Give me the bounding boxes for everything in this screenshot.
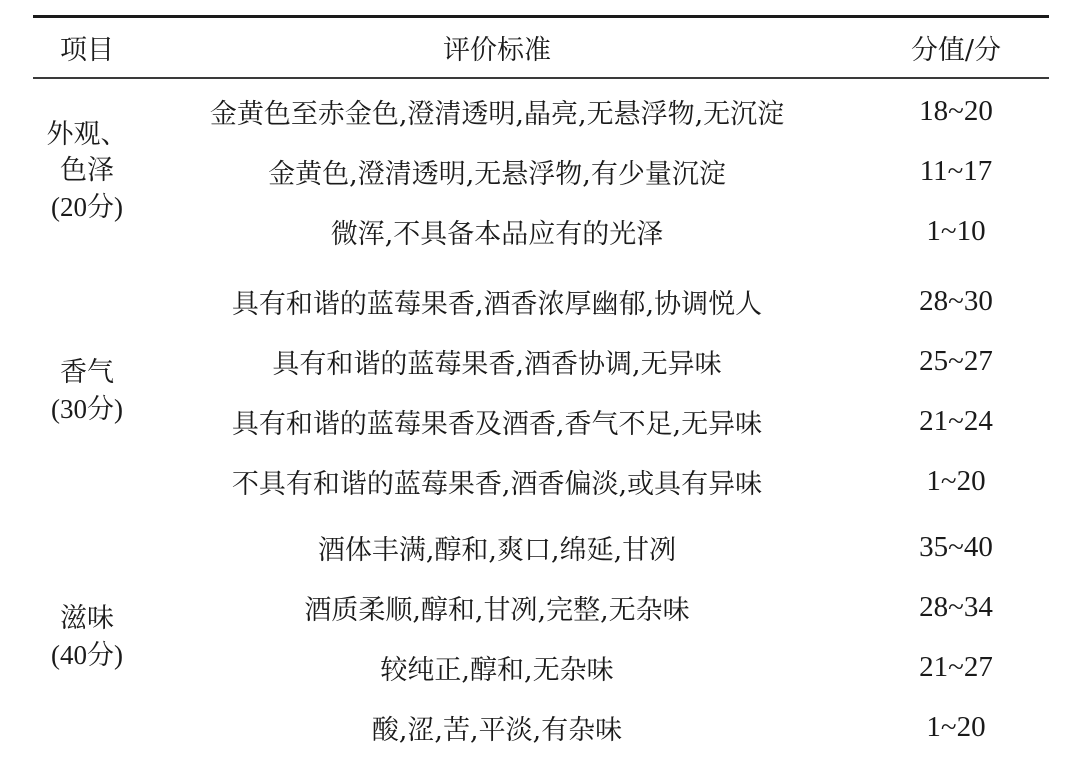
scoring-table: 项目 评价标准 分值/分 外观、 色泽 (20分) 金黄色至赤金色,澄清透明,晶… (33, 15, 1049, 760)
criteria-cell: 金黄色,澄清透明,无悬浮物,有少量沉淀 (141, 152, 853, 191)
score-cell: 21~27 (853, 651, 1049, 684)
criteria-cell: 不具有和谐的蓝莓果香,酒香偏淡,或具有异味 (141, 462, 853, 501)
criteria-cell: 具有和谐的蓝莓果香,酒香浓厚幽郁,协调悦人 (141, 282, 853, 321)
criteria-cell: 较纯正,醇和,无杂味 (141, 648, 853, 687)
table-row: 金黄色至赤金色,澄清透明,晶亮,无悬浮物,无沉淀 18~20 (141, 81, 1049, 141)
group-label-line: 外观、 (47, 117, 128, 153)
group-label-appearance: 外观、 色泽 (20分) (33, 81, 141, 261)
table-row: 具有和谐的蓝莓果香及酒香,香气不足,无异味 21~24 (141, 391, 1049, 451)
criteria-cell: 微浑,不具备本品应有的光泽 (141, 212, 853, 251)
score-cell: 21~24 (853, 405, 1049, 438)
score-cell: 28~30 (853, 285, 1049, 318)
score-cell: 18~20 (853, 95, 1049, 128)
criteria-cell: 具有和谐的蓝莓果香,酒香协调,无异味 (141, 342, 853, 381)
group-taste: 滋味 (40分) 酒体丰满,醇和,爽口,绵延,甘冽 35~40 酒质柔顺,醇和,… (33, 517, 1049, 760)
score-cell: 11~17 (853, 155, 1049, 188)
score-cell: 1~20 (853, 711, 1049, 744)
criteria-cell: 具有和谐的蓝莓果香及酒香,香气不足,无异味 (141, 402, 853, 441)
group-label-line: 色泽 (60, 153, 114, 189)
table-row: 较纯正,醇和,无杂味 21~27 (141, 637, 1049, 697)
group-label-points: (40分) (51, 637, 123, 673)
table-row: 酸,涩,苦,平淡,有杂味 1~20 (141, 697, 1049, 757)
criteria-cell: 酒质柔顺,醇和,甘冽,完整,无杂味 (141, 588, 853, 627)
table-row: 具有和谐的蓝莓果香,酒香协调,无异味 25~27 (141, 331, 1049, 391)
table-row: 具有和谐的蓝莓果香,酒香浓厚幽郁,协调悦人 28~30 (141, 271, 1049, 331)
score-cell: 35~40 (853, 531, 1049, 564)
group-appearance: 外观、 色泽 (20分) 金黄色至赤金色,澄清透明,晶亮,无悬浮物,无沉淀 18… (33, 79, 1049, 271)
score-cell: 1~10 (853, 215, 1049, 248)
header-item: 项目 (33, 28, 141, 67)
group-label-taste: 滋味 (40分) (33, 517, 141, 757)
score-cell: 1~20 (853, 465, 1049, 498)
group-label-points: (30分) (51, 391, 123, 427)
table-row: 金黄色,澄清透明,无悬浮物,有少量沉淀 11~17 (141, 141, 1049, 201)
table-row: 不具有和谐的蓝莓果香,酒香偏淡,或具有异味 1~20 (141, 451, 1049, 511)
group-label-aroma: 香气 (30分) (33, 271, 141, 511)
score-cell: 28~34 (853, 591, 1049, 624)
table-row: 酒体丰满,醇和,爽口,绵延,甘冽 35~40 (141, 517, 1049, 577)
header-criteria: 评价标准 (141, 28, 853, 67)
score-cell: 25~27 (853, 345, 1049, 378)
criteria-cell: 酒体丰满,醇和,爽口,绵延,甘冽 (141, 528, 853, 567)
group-label-line: 香气 (60, 355, 114, 391)
group-aroma: 香气 (30分) 具有和谐的蓝莓果香,酒香浓厚幽郁,协调悦人 28~30 具有和… (33, 271, 1049, 517)
table-row: 酒质柔顺,醇和,甘冽,完整,无杂味 28~34 (141, 577, 1049, 637)
criteria-cell: 酸,涩,苦,平淡,有杂味 (141, 708, 853, 747)
criteria-cell: 金黄色至赤金色,澄清透明,晶亮,无悬浮物,无沉淀 (141, 92, 853, 131)
table-header-row: 项目 评价标准 分值/分 (33, 18, 1049, 77)
header-score: 分值/分 (853, 28, 1049, 67)
group-label-line: 滋味 (60, 601, 114, 637)
table-row: 微浑,不具备本品应有的光泽 1~10 (141, 201, 1049, 261)
group-label-points: (20分) (51, 189, 123, 225)
